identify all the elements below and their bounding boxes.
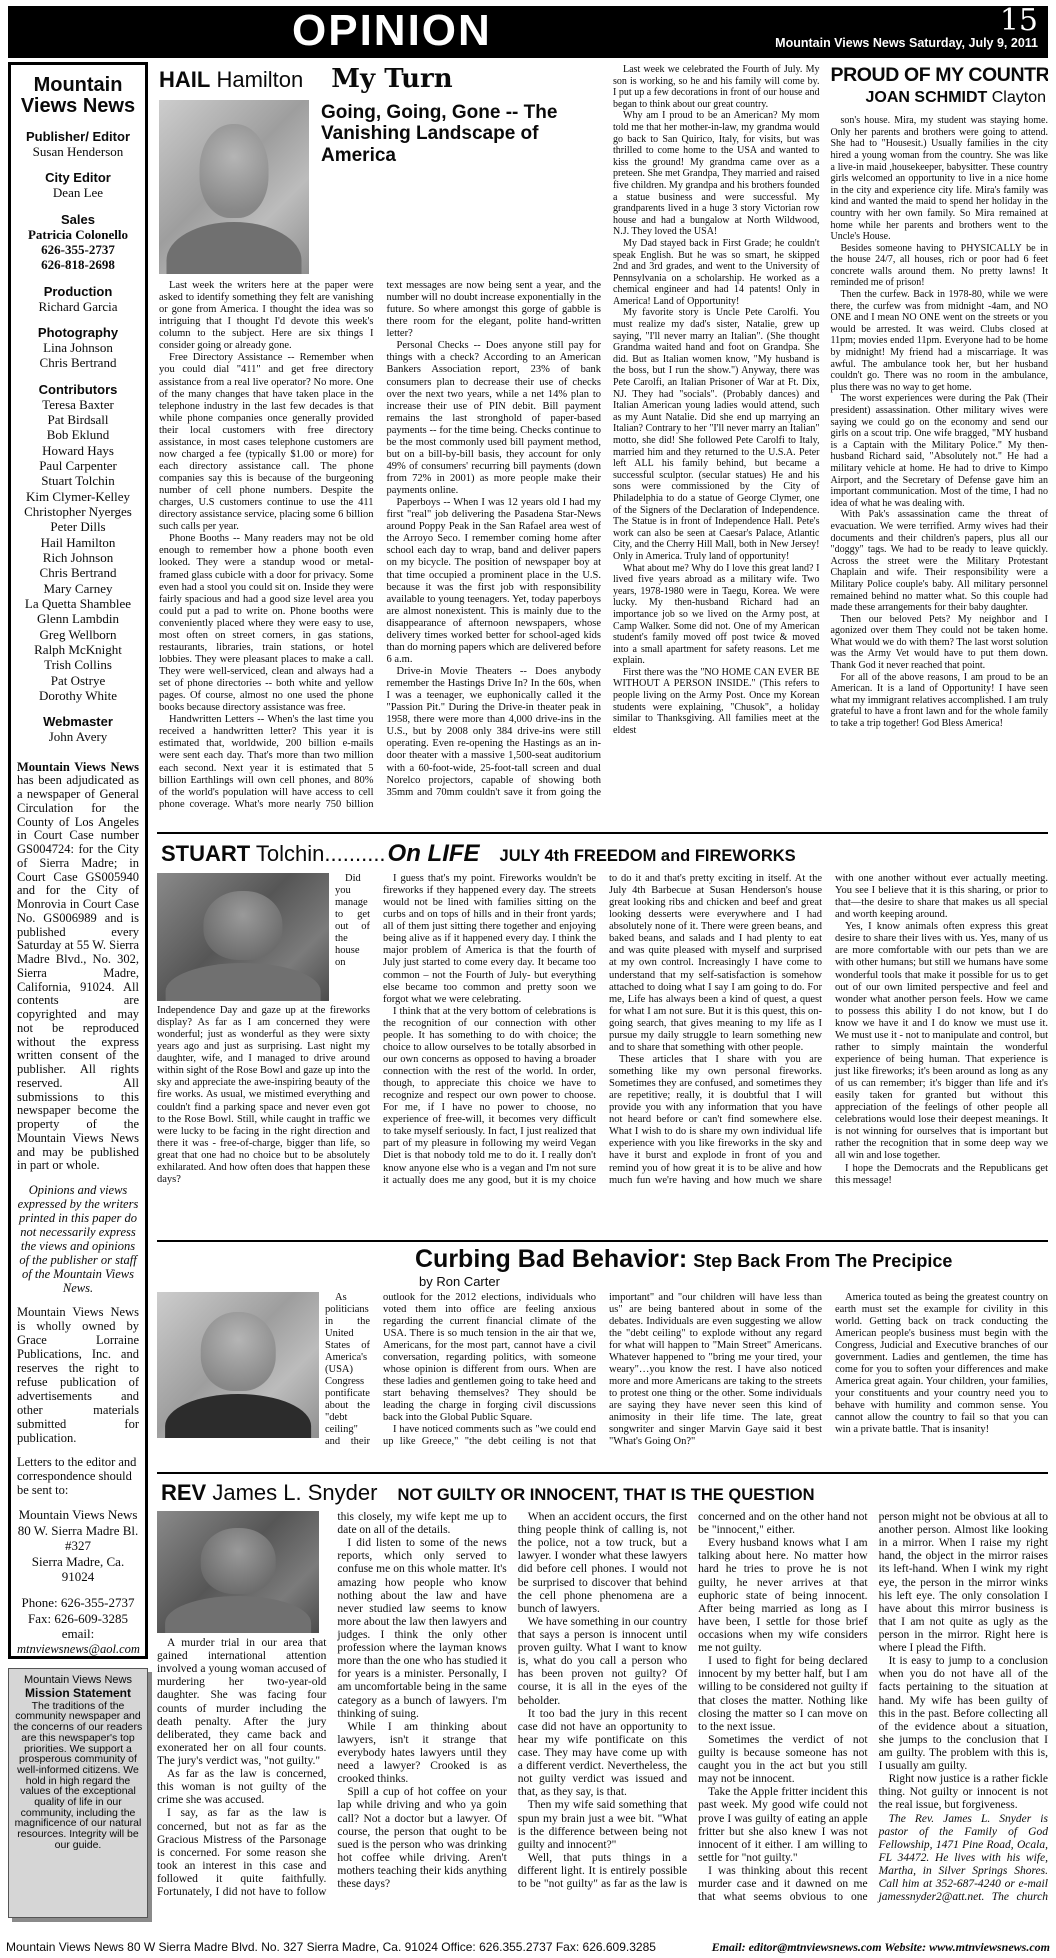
- newspaper-page: OPINION 15 Mountain Views News Saturday,…: [0, 0, 1056, 1958]
- articles-area: HAIL HamiltonMy Turn Going, Going, Gone …: [157, 62, 1048, 1924]
- author-last-name: Hamilton: [210, 67, 303, 92]
- column-brand: On LIFE: [388, 840, 480, 867]
- staff-role: Sales: [17, 212, 139, 227]
- article-on-life: STUART Tolchin..........On LIFEJULY 4th …: [157, 832, 1048, 1240]
- contributor-name: Greg Wellborn: [17, 627, 139, 642]
- paragraph: Paperboys -- When I was 12 years old I h…: [387, 497, 602, 666]
- staff-name: 626-818-2698: [17, 257, 139, 272]
- masthead-box: Mountain Views News Publisher/ Editor Su…: [8, 62, 148, 1659]
- staff-names: Richard Garcia: [17, 299, 139, 314]
- article-proud-of-my-country: Last week we celebrated the Fourth of Ju…: [613, 62, 1048, 832]
- mission-title-line1: Mountain Views News: [13, 1675, 143, 1687]
- staff-name: Richard Garcia: [17, 299, 139, 314]
- paragraph: My favorite story is Uncle Pete Carolfi.…: [613, 307, 820, 562]
- mission-title-line2: Mission Statement: [13, 1687, 143, 1700]
- contact-line: email:: [17, 1626, 139, 1642]
- article-my-turn: HAIL HamiltonMy Turn Going, Going, Gone …: [157, 62, 613, 832]
- address-line: Mountain Views News: [17, 1507, 139, 1523]
- mission-text: The traditions of the community newspape…: [13, 1701, 143, 1851]
- paragraph: It is easy to jump to a conclusion when …: [879, 1655, 1048, 1773]
- paragraph: I guess that's my point. Fireworks would…: [383, 873, 596, 1006]
- paragraph: Besides someone having to PHYSICALLY be …: [831, 243, 1049, 289]
- contributor-name: Pat Ostrye: [17, 673, 139, 688]
- title-sub: Step Back From The Precipice: [693, 1251, 952, 1271]
- staff-role: Production: [17, 284, 139, 299]
- contributor-name: Stuart Tolchin: [17, 473, 139, 488]
- byline-name: JOAN SCHMIDT: [866, 89, 988, 106]
- staff-name: Dean Lee: [17, 185, 139, 200]
- author-first-name: HAIL: [159, 67, 210, 92]
- page-footer: Mountain Views News 80 W Sierra Madre Bl…: [6, 1940, 1050, 1955]
- schmidt-left-column: Last week we celebrated the Fourth of Ju…: [613, 64, 820, 828]
- article-title: Going, Going, Gone -- The Vanishing Land…: [321, 100, 601, 274]
- paragraph: With Pak's assassination came the threat…: [831, 509, 1049, 613]
- contributor-name: Teresa Baxter: [17, 397, 139, 412]
- page-number: 15: [775, 7, 1038, 36]
- column-brand: My Turn: [331, 64, 452, 94]
- staff-publisher: Publisher/ Editor Susan Henderson: [17, 129, 139, 159]
- address-line: 80 W. Sierra Madre Bl.: [17, 1523, 139, 1539]
- paragraph: We have something in our country that sa…: [518, 1616, 687, 1708]
- contributor-name: Bob Eklund: [17, 427, 139, 442]
- paragraph: First there was the "NO HOME CAN EVER BE…: [613, 667, 820, 737]
- contributor-name: Mary Carney: [17, 581, 139, 596]
- adjudication-notice: Mountain Views News has been adjudicated…: [17, 761, 139, 1174]
- banner-right: 15 Mountain Views News Saturday, July 9,…: [775, 7, 1038, 50]
- paragraph: I did listen to some of the news reports…: [337, 1537, 506, 1721]
- opinions-disclaimer: Opinions and views expressed by the writ…: [17, 1183, 139, 1295]
- paragraph: For all of the above reasons, I am proud…: [831, 672, 1049, 730]
- contributor-name: Dorothy White: [17, 688, 139, 703]
- paragraph: When an accident occurs, the first thing…: [518, 1511, 687, 1616]
- staff-city-editor: City Editor Dean Lee: [17, 170, 139, 200]
- page-banner: OPINION 15 Mountain Views News Saturday,…: [8, 6, 1048, 58]
- staff-sales: Sales Patricia Colonello626-355-2737626-…: [17, 212, 139, 273]
- staff-name: Susan Henderson: [17, 144, 139, 159]
- mailing-address: Mountain Views News80 W. Sierra Madre Bl…: [17, 1507, 139, 1585]
- paragraph: Then our beloved Pets? My neighbor and I…: [831, 614, 1049, 672]
- paragraph: Spill a cup of hot coffee on your lap wh…: [337, 1786, 506, 1891]
- author-title: REV: [161, 1480, 206, 1505]
- staff-name: Patricia Colonello: [17, 227, 139, 242]
- byline-location: Clayton: [987, 89, 1046, 106]
- staff-name: John Avery: [17, 729, 139, 744]
- footer-contact: Email: editor@mtnviewsnews.com Website: …: [712, 1940, 1050, 1955]
- paragraph: Personal Checks -- Does anyone still pay…: [387, 340, 602, 497]
- contributor-name: Christopher Nyerges: [17, 504, 139, 519]
- top-row: HAIL HamiltonMy Turn Going, Going, Gone …: [157, 62, 1048, 832]
- contributor-name: Chris Bertrand: [17, 565, 139, 580]
- paragraph: Sometimes the verdict of not guilty is b…: [698, 1734, 867, 1786]
- contributor-name: Paul Carpenter: [17, 458, 139, 473]
- staff-production: Production Richard Garcia: [17, 284, 139, 314]
- contributor-name: Peter Dills: [17, 519, 139, 534]
- hail-hamilton-photo: [159, 100, 309, 274]
- staff-role: City Editor: [17, 170, 139, 185]
- paragraph: Free Directory Assistance -- Remember wh…: [159, 352, 374, 533]
- staff-photography: Photography Lina JohnsonChris Bertrand: [17, 325, 139, 371]
- contact-info: Phone: 626-355-2737Fax: 626-609-3285emai…: [17, 1595, 139, 1642]
- staff-role: Webmaster: [17, 714, 139, 729]
- article-body: A murder trial in our area that gained i…: [157, 1511, 1048, 1911]
- staff-names: Susan Henderson: [17, 144, 139, 159]
- paragraph: Then my wife said something that spun my…: [518, 1799, 687, 1851]
- footer-address: Mountain Views News 80 W Sierra Madre Bl…: [6, 1940, 656, 1955]
- contact-email: mtnviewsnews@aol.com: [17, 1642, 139, 1657]
- paragraph: While I am thinking about lawyers, isn't…: [337, 1721, 506, 1787]
- address-line: 91024: [17, 1569, 139, 1585]
- paragraph: Every husband knows what I am talking ab…: [698, 1537, 867, 1655]
- masthead-sidebar: Mountain Views News Publisher/ Editor Su…: [8, 62, 148, 1924]
- contributor-name: Hail Hamilton: [17, 535, 139, 550]
- paragraph: Why am I proud to be an American? My mom…: [613, 110, 820, 238]
- staff-names: John Avery: [17, 729, 139, 744]
- article-title: JULY 4th FREEDOM and FIREWORKS: [500, 847, 796, 865]
- contributor-name: Pat Birdsall: [17, 412, 139, 427]
- paragraph: As far as the law is concerned, this wom…: [157, 1768, 326, 1807]
- article-not-guilty-or-innocent: REV James L. SnyderNOT GUILTY OR INNOCEN…: [157, 1472, 1048, 1924]
- james-snyder-photo: [157, 1511, 319, 1633]
- staff-name: Lina Johnson: [17, 340, 139, 355]
- address-line: #327: [17, 1538, 139, 1554]
- staff-role: Photography: [17, 325, 139, 340]
- my-turn-kicker: HAIL HamiltonMy Turn: [159, 64, 601, 94]
- contact-line: Fax: 626-609-3285: [17, 1611, 139, 1627]
- mission-statement-box: Mountain Views News Mission Statement Th…: [8, 1668, 148, 1918]
- paragraph: What about me? Why do I love this great …: [613, 563, 820, 667]
- staff-name: Chris Bertrand: [17, 355, 139, 370]
- contributor-name: La Quetta Shamblee: [17, 596, 139, 611]
- snyder-kicker: REV James L. SnyderNOT GUILTY OR INNOCEN…: [161, 1480, 1048, 1506]
- contributor-name: Trish Collins: [17, 657, 139, 672]
- contributor-name: Rich Johnson: [17, 550, 139, 565]
- article-body: son's house. Mira, my student was stayin…: [831, 115, 1049, 729]
- contributor-name: Ralph McKnight: [17, 642, 139, 657]
- paragraph: I hope the Democrats and the Republicans…: [835, 1163, 1048, 1187]
- paragraph: The worst experiences were during the Pa…: [831, 393, 1049, 509]
- section-title: OPINION: [292, 6, 492, 56]
- contributor-name: Howard Hays: [17, 443, 139, 458]
- title-main: Curbing Bad Behavior:: [415, 1245, 687, 1273]
- staff-role: Contributors: [17, 382, 139, 397]
- staff-role: Publisher/ Editor: [17, 129, 139, 144]
- paragraph: America touted as being the greatest cou…: [835, 1292, 1048, 1436]
- article-body: As politicians in the United States of A…: [157, 1292, 1048, 1458]
- article-curbing-bad-behavior: Curbing Bad Behavior:Step Back From The …: [157, 1240, 1048, 1472]
- paragraph: Last week we celebrated the Fourth of Ju…: [613, 64, 820, 110]
- paragraph: Last week the writers here at the paper …: [159, 280, 374, 352]
- paragraph: My Dad stayed back in First Grade; he co…: [613, 238, 820, 308]
- on-life-kicker: STUART Tolchin..........On LIFEJULY 4th …: [161, 840, 1048, 868]
- staff-names: Dean Lee: [17, 185, 139, 200]
- address-line: Sierra Madre, Ca.: [17, 1554, 139, 1570]
- contributor-name: Glenn Lambdin: [17, 611, 139, 626]
- staff-contributors: Contributors Teresa BaxterPat BirdsallBo…: [17, 382, 139, 704]
- author-name: James L. Snyder: [206, 1480, 377, 1505]
- paper-dateline: Mountain Views News Saturday, July 9, 20…: [775, 36, 1038, 50]
- paragraph: Then the curfew. Back in 1978-80, while …: [831, 289, 1049, 393]
- paragraph: It too bad the jury in this recent case …: [518, 1708, 687, 1800]
- article-title: PROUD OF MY COUNTRY: [831, 64, 1049, 87]
- staff-webmaster: Webmaster John Avery: [17, 714, 139, 744]
- page-content: Mountain Views News Publisher/ Editor Su…: [0, 62, 1056, 1924]
- masthead-title: Mountain Views News: [17, 75, 139, 117]
- contributor-name: Kim Clymer-Kelley: [17, 489, 139, 504]
- paragraph: Phone Booths -- Many readers may not be …: [159, 533, 374, 714]
- article-byline: JOAN SCHMIDT Clayton: [831, 89, 1047, 108]
- author-first-name: STUART: [161, 841, 250, 866]
- paragraph: Yes, I know animals often express this g…: [835, 921, 1048, 1162]
- staff-names: Teresa BaxterPat BirdsallBob EklundHowar…: [17, 397, 139, 704]
- schmidt-right-column: PROUD OF MY COUNTRY JOAN SCHMIDT Clayton…: [831, 64, 1049, 828]
- article-body: Last week the writers here at the paper …: [159, 280, 601, 820]
- article-byline: by Ron Carter: [419, 1274, 1048, 1289]
- my-turn-title-row: Going, Going, Gone -- The Vanishing Land…: [159, 100, 601, 274]
- staff-names: Lina JohnsonChris Bertrand: [17, 340, 139, 371]
- stuart-tolchin-photo: [157, 873, 329, 1001]
- article-body: Did you manage to get out of the house o…: [157, 873, 1048, 1225]
- author-last-name: Tolchin..........: [250, 841, 385, 866]
- letters-notice: Letters to the editor and correspondence…: [17, 1455, 139, 1497]
- staff-names: Patricia Colonello626-355-2737626-818-26…: [17, 227, 139, 273]
- contact-line: Phone: 626-355-2737: [17, 1595, 139, 1611]
- article-title: Curbing Bad Behavior:Step Back From The …: [415, 1247, 1048, 1272]
- paragraph: son's house. Mira, my student was stayin…: [831, 115, 1049, 243]
- schmidt-columns: Last week we celebrated the Fourth of Ju…: [613, 64, 1048, 828]
- article-title: NOT GUILTY OR INNOCENT, THAT IS THE QUES…: [397, 1486, 814, 1504]
- ron-carter-photo: [157, 1292, 319, 1438]
- paragraph: I used to fight for being declared innoc…: [698, 1655, 867, 1734]
- paragraph: Take the Apple fritter incident this pas…: [698, 1786, 867, 1865]
- ownership-notice: Mountain Views News is wholly owned by G…: [17, 1305, 139, 1445]
- staff-name: 626-355-2737: [17, 242, 139, 257]
- paragraph: Right now justice is a rather fickle thi…: [879, 1773, 1048, 1812]
